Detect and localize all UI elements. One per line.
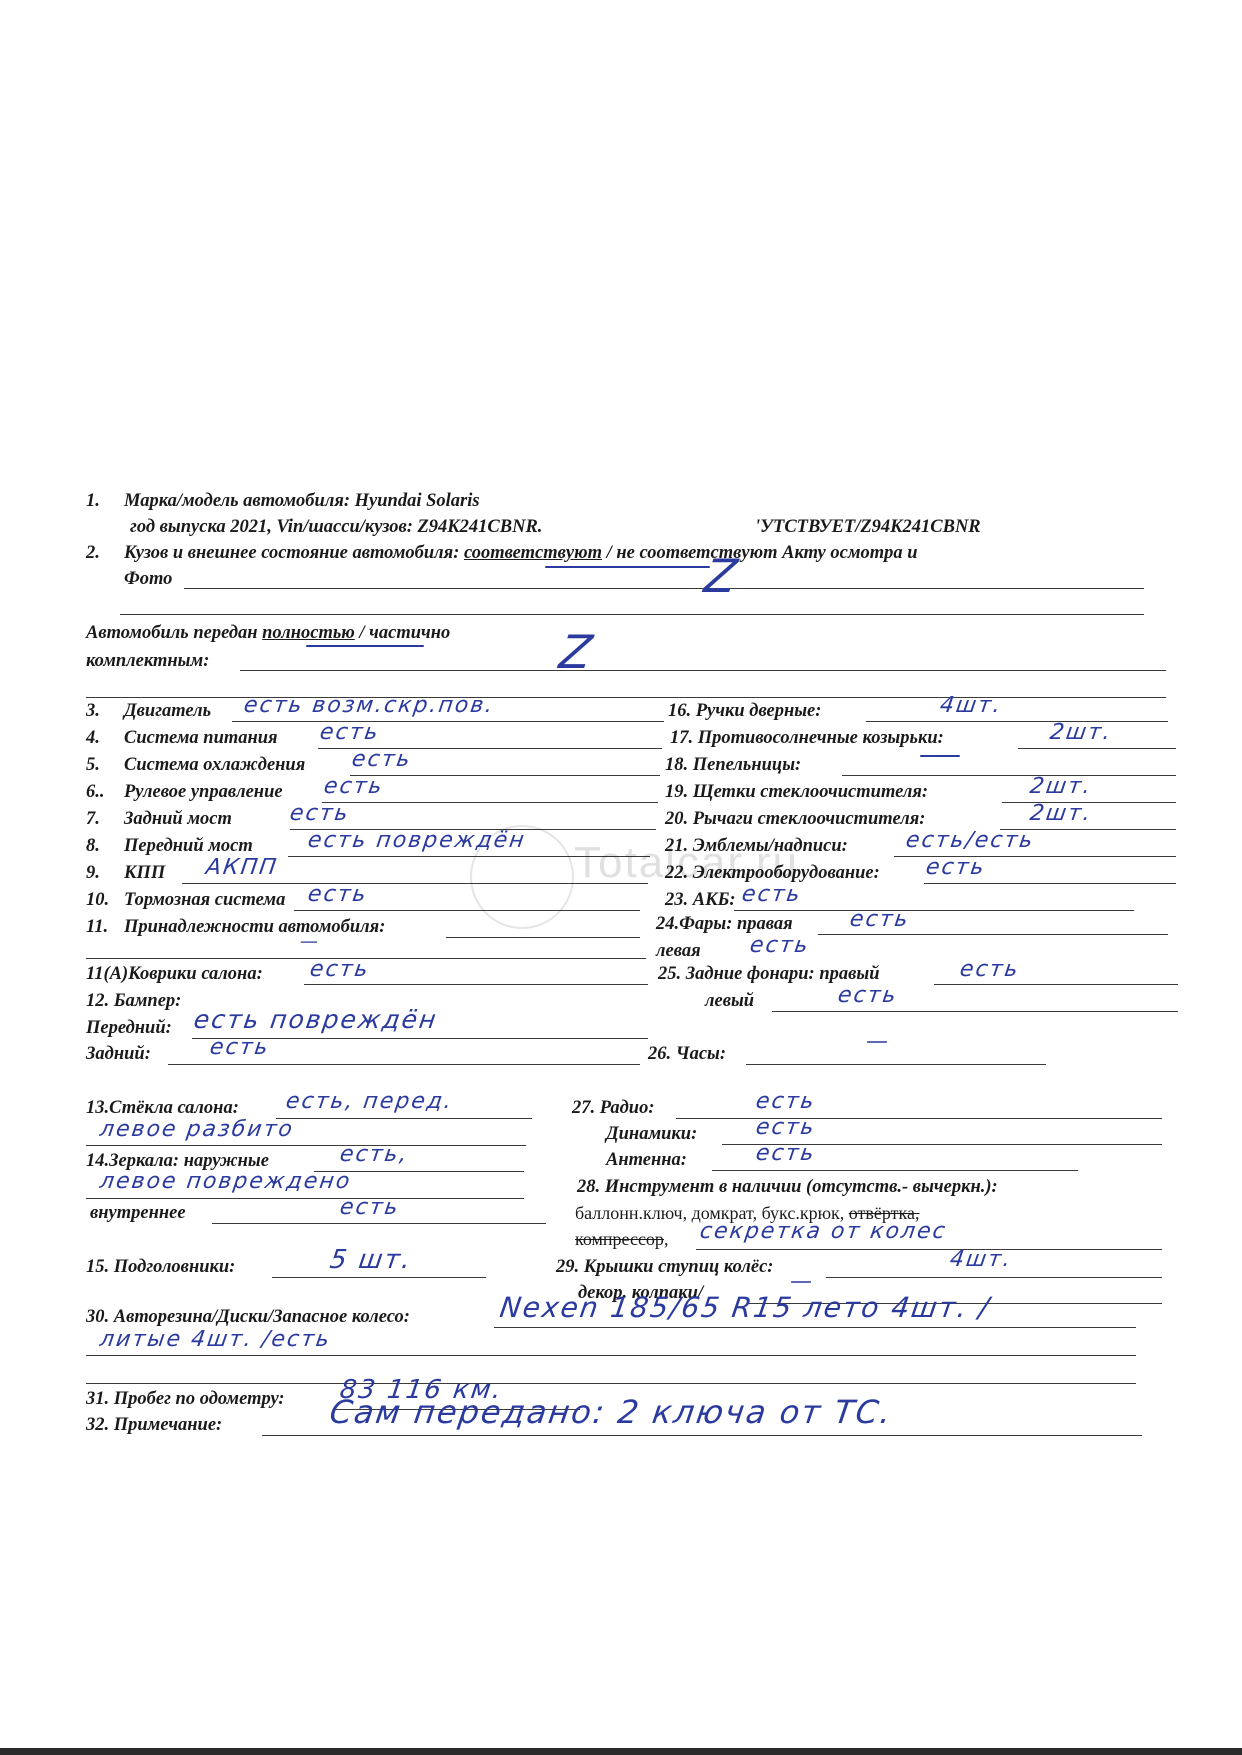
item-32-line xyxy=(262,1435,1142,1436)
left-item-label: Задний мост xyxy=(124,808,232,830)
item-1-vin-right: 'УТСТВУЕТ/Z94K241CBNR xyxy=(755,516,981,538)
item-25-left-line xyxy=(772,1011,1178,1012)
item-30-line-1 xyxy=(494,1327,1136,1328)
left-item-number: 8. xyxy=(86,835,100,857)
right-item-line xyxy=(924,883,1176,884)
right-item-label: 17. Противосолнечные козырьки: xyxy=(670,727,944,749)
left-item-label: Двигатель xyxy=(124,700,211,722)
item-11a-label: 11(А)Коврики салона: xyxy=(86,963,263,985)
item-30-label: 30. Авторезина/Диски/Запасное колесо: xyxy=(86,1306,410,1328)
item-24-left-value: есть xyxy=(748,934,811,958)
item-2-separator: / xyxy=(607,543,612,563)
item-2-extra-line xyxy=(120,614,1144,615)
completeness-line xyxy=(240,670,1166,671)
item-2-photo-label: Фото xyxy=(124,568,172,590)
left-item-line xyxy=(350,775,660,776)
item-1-number: 1. xyxy=(86,490,100,512)
left-item-value: АКПП xyxy=(204,856,279,880)
left-item-number: 9. xyxy=(86,862,100,884)
scan-bottom-edge xyxy=(0,1748,1242,1755)
item-2-option-no: не соответствуют Акту осмотра и xyxy=(616,543,917,563)
right-item-value: 2шт. xyxy=(1028,802,1093,826)
right-item-number: 18. xyxy=(665,755,688,775)
completeness-handwritten-z: Z xyxy=(558,640,595,664)
right-item-label: 18. Пепельницы: xyxy=(665,754,801,776)
left-item-label: Рулевое управление xyxy=(124,781,283,803)
right-item-value: есть xyxy=(924,856,987,880)
right-item-line xyxy=(866,721,1168,722)
item-12-rear-label: Задний: xyxy=(86,1043,151,1065)
left-item-value: есть xyxy=(318,721,381,745)
completeness-label: Автомобиль передан полностью / частично xyxy=(86,622,450,644)
item-11-value: — xyxy=(298,930,321,954)
left-item-line xyxy=(446,937,640,938)
item-11a-value: есть xyxy=(308,958,371,982)
item-12-label: 12. Бампер: xyxy=(86,990,181,1012)
right-item-value: 2шт. xyxy=(1028,775,1093,799)
item-27-speakers-label: Динамики: xyxy=(606,1123,697,1145)
left-item-value: есть возм.скр.пов. xyxy=(242,694,496,718)
item-12-rear-line xyxy=(168,1064,640,1065)
left-item-line xyxy=(232,721,664,722)
item-30-line-2 xyxy=(86,1355,1136,1356)
item-25-left-label: левый xyxy=(705,990,754,1012)
item-26-label: 26. Часы: xyxy=(648,1043,726,1065)
item-13-value-line-1: есть, перед. xyxy=(284,1090,454,1114)
item-28-label: 28. Инструмент в наличии (отсутств.- выч… xyxy=(577,1176,998,1198)
item-28-comma: , xyxy=(664,1229,669,1249)
completeness-option-partial: / частично xyxy=(359,623,450,643)
item-25-right-line xyxy=(934,984,1178,985)
left-item-label: Система охлаждения xyxy=(124,754,305,776)
left-item-number: 4. xyxy=(86,727,100,749)
item-1-model-label: Марка/модель автомобиля: Hyundai Solaris xyxy=(124,490,480,512)
left-item-value: есть xyxy=(322,775,385,799)
item-27-antenna-label: Антенна: xyxy=(606,1149,687,1171)
left-item-label: Принадлежности автомобиля: xyxy=(124,916,385,938)
item-29-value: 4шт. xyxy=(948,1248,1013,1272)
watermark-text: Totalcar.ru xyxy=(574,838,799,888)
item-25-left-value: есть xyxy=(836,984,899,1008)
item-32-label: 32. Примечание: xyxy=(86,1414,222,1436)
right-item-label-text: Противосолнечные козырьки: xyxy=(698,728,944,748)
item-2-label: Кузов и внешнее состояние автомобиля: со… xyxy=(124,542,918,564)
item-13-label: 13.Стёкла салона: xyxy=(86,1097,239,1119)
right-item-number: 20. xyxy=(665,809,688,829)
left-item-label: Передний мост xyxy=(124,835,253,857)
item-15-line xyxy=(272,1277,486,1278)
left-item-number: 10. xyxy=(86,889,109,911)
item-12-front-label: Передний: xyxy=(86,1017,172,1039)
right-item-label: 16. Ручки дверные: xyxy=(668,700,821,722)
item-13-line-1 xyxy=(276,1118,532,1119)
right-item-label-text: Ручки дверные: xyxy=(696,701,822,721)
item-27-line xyxy=(676,1118,1162,1119)
item-24-right-value: есть xyxy=(848,908,911,932)
item-14-inner-label: внутреннее xyxy=(90,1202,186,1224)
item-2-number: 2. xyxy=(86,542,100,564)
item-24-right-line xyxy=(818,934,1168,935)
right-item-label: 20. Рычаги стеклоочистителя: xyxy=(665,808,925,830)
item-14-outer-value-line-2: левое повреждено xyxy=(98,1170,353,1194)
right-item-label-text: Рычаги стеклоочистителя: xyxy=(693,809,926,829)
item-15-value: 5 шт. xyxy=(328,1248,413,1272)
item-24-left-label: левая xyxy=(656,940,701,962)
item-1-year-vin: год выпуска 2021, Vin/шасси/кузов: Z94K2… xyxy=(130,516,542,538)
left-item-value: есть xyxy=(350,748,413,772)
item-12-rear-value: есть xyxy=(208,1036,271,1060)
item-28-tools-line-2: компрессор, xyxy=(575,1228,668,1250)
item-13-line-2 xyxy=(86,1145,526,1146)
right-item-number: 17. xyxy=(670,728,693,748)
item-27-label: 27. Радио: xyxy=(572,1097,654,1119)
item-32-value: Сам передано: 2 ключа от ТС. xyxy=(328,1400,894,1424)
watermark-logo-icon xyxy=(470,825,574,929)
item-13-value-line-2: левое разбито xyxy=(98,1118,295,1142)
item-26-line xyxy=(746,1064,1046,1065)
right-item-label-text: АКБ: xyxy=(693,890,736,910)
item-2-photo-line xyxy=(184,588,1144,589)
item-30-value-line-1: Nexen 185/65 R15 лето 4шт. / xyxy=(498,1296,992,1320)
item-14-inner-value: есть xyxy=(338,1196,401,1220)
right-item-label: 19. Щетки стеклоочистителя: xyxy=(665,781,928,803)
item-15-label: 15. Подголовники: xyxy=(86,1256,235,1278)
right-item-number: 16. xyxy=(668,701,691,721)
right-item-line xyxy=(734,910,1134,911)
item-26-value: — xyxy=(864,1030,891,1054)
item-25-right-value: есть xyxy=(958,958,1021,982)
left-item-value: есть xyxy=(306,883,369,907)
item-2-handwritten-z: Z xyxy=(703,564,740,588)
item-2-label-text: Кузов и внешнее состояние автомобиля: xyxy=(124,543,459,563)
completeness-label-end: комплектным: xyxy=(86,650,209,672)
item-27-antenna-value: есть xyxy=(754,1142,817,1166)
left-item-line xyxy=(294,910,640,911)
left-item-number: 3. xyxy=(86,700,100,722)
right-item-number: 23. xyxy=(665,890,688,910)
left-item-label: Тормозная система xyxy=(124,889,285,911)
item-30-value-line-2: литые 4шт. /есть xyxy=(98,1328,332,1352)
item-2-option-yes: соответствуют xyxy=(464,543,602,563)
item-17-mark xyxy=(920,755,960,757)
item-25-label: 25. Задние фонари: правый xyxy=(658,963,880,985)
left-item-value: есть xyxy=(288,802,351,826)
item-11a-line xyxy=(304,984,648,985)
item-27-antenna-line xyxy=(712,1170,1078,1171)
left-item-label: Система питания xyxy=(124,727,278,749)
completeness-label-start: Автомобиль передан xyxy=(86,623,258,643)
left-item-number: 5. xyxy=(86,754,100,776)
item-30-line-3 xyxy=(86,1383,1136,1384)
right-item-value: 4шт. xyxy=(938,694,1003,718)
item-28-tool-struck-compressor: компрессор xyxy=(575,1229,664,1249)
right-item-number: 19. xyxy=(665,782,688,802)
item-29-line xyxy=(826,1277,1162,1278)
item-24-label: 24.Фары: правая xyxy=(656,913,793,935)
item-14-outer-value-line-1: есть, xyxy=(338,1143,410,1167)
item-29-label: 29. Крышки ступиц колёс: xyxy=(556,1256,773,1278)
item-14-outer-line-2 xyxy=(86,1198,524,1199)
item-14-inner-line xyxy=(212,1223,546,1224)
left-item-number: 7. xyxy=(86,808,100,830)
right-item-line xyxy=(842,775,1176,776)
item-28-line xyxy=(696,1249,1162,1250)
right-item-label-text: Пепельницы: xyxy=(693,755,801,775)
left-item-number: 6.. xyxy=(86,781,105,803)
item-28-handwritten: секретка от колес xyxy=(698,1220,948,1244)
right-item-label-text: Щетки стеклоочистителя: xyxy=(693,782,928,802)
left-item-label: КПП xyxy=(124,862,165,884)
completeness-option-full: полностью xyxy=(262,623,355,643)
item-31-label: 31. Пробег по одометру: xyxy=(86,1388,285,1410)
item-27-value: есть xyxy=(754,1090,817,1114)
right-item-value: 2шт. xyxy=(1048,721,1113,745)
right-item-line xyxy=(1018,748,1176,749)
item-27-speakers-value: есть xyxy=(754,1116,817,1140)
item-2-selection-mark xyxy=(545,566,710,568)
right-item-label: 23. АКБ: xyxy=(665,889,736,911)
item-12-front-value: есть повреждён xyxy=(192,1008,439,1032)
left-item-line xyxy=(322,802,658,803)
right-item-value: есть/есть xyxy=(904,829,1036,853)
left-item-number: 11. xyxy=(86,916,108,938)
completeness-selection-mark xyxy=(306,645,424,647)
